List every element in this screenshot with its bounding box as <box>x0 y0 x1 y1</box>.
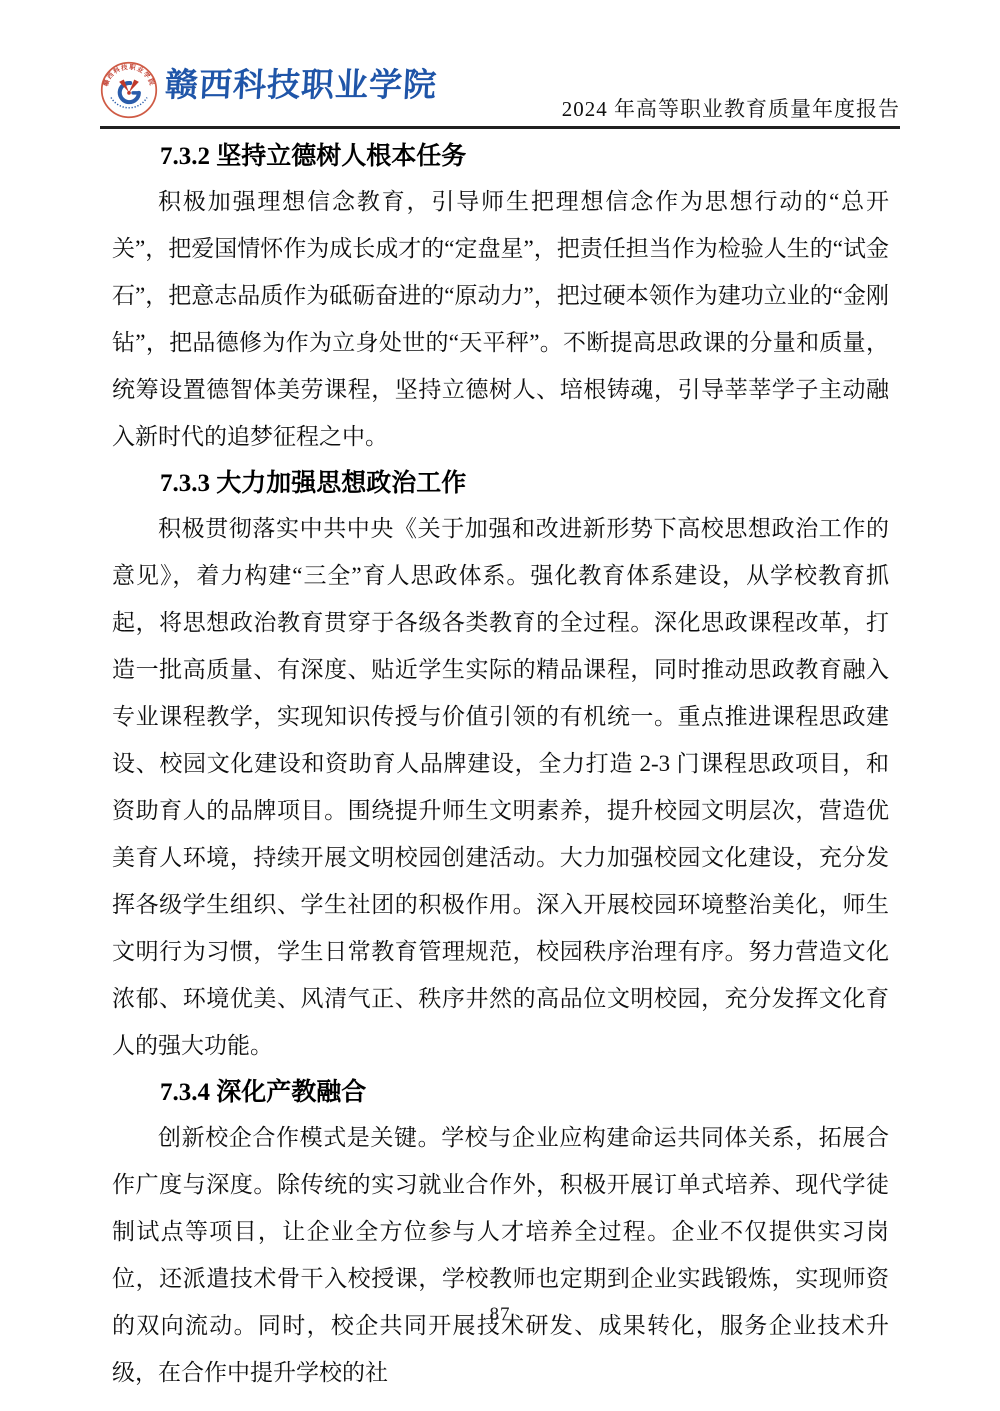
seal-center-dot <box>127 91 131 95</box>
section-7-3-4: 7.3.4 深化产教融合 创新校企合作模式是关键。学校与企业应构建命运共同体关系… <box>112 1076 889 1396</box>
section-heading: 7.3.3 大力加强思想政治工作 <box>112 467 889 500</box>
page-header: 赣西科技职业学院 赣西科技职业学院 2024 年高等职业教育质量年度报告 <box>100 58 900 129</box>
report-title: 2024 年高等职业教育质量年度报告 <box>562 93 900 123</box>
page-footer: 87 <box>0 1304 1000 1326</box>
section-paragraph: 积极贯彻落实中共中央《关于加强和改进新形势下高校思想政治工作的意见》，着力构建“… <box>112 505 889 1069</box>
school-seal-icon: 赣西科技职业学院 <box>100 61 158 119</box>
section-heading: 7.3.4 深化产教融合 <box>112 1076 889 1109</box>
section-7-3-3: 7.3.3 大力加强思想政治工作 积极贯彻落实中共中央《关于加强和改进新形势下高… <box>112 467 889 1069</box>
section-paragraph: 创新校企合作模式是关键。学校与企业应构建命运共同体关系，拓展合作广度与深度。除传… <box>112 1114 889 1396</box>
section-heading: 7.3.2 坚持立德树人根本任务 <box>112 140 889 173</box>
section-7-3-2: 7.3.2 坚持立德树人根本任务 积极加强理想信念教育，引导师生把理想信念作为思… <box>112 140 889 460</box>
document-content: 7.3.2 坚持立德树人根本任务 积极加强理想信念教育，引导师生把理想信念作为思… <box>112 140 889 1396</box>
page-number: 87 <box>490 1304 511 1325</box>
section-paragraph: 积极加强理想信念教育，引导师生把理想信念作为思想行动的“总开关”，把爱国情怀作为… <box>112 178 889 460</box>
document-page: 赣西科技职业学院 赣西科技职业学院 2024 年高等职业教育质量年度报告 7.3… <box>0 0 1000 1411</box>
school-name: 赣西科技职业学院 <box>164 70 438 103</box>
school-brand: 赣西科技职业学院 赣西科技职业学院 <box>100 58 437 126</box>
